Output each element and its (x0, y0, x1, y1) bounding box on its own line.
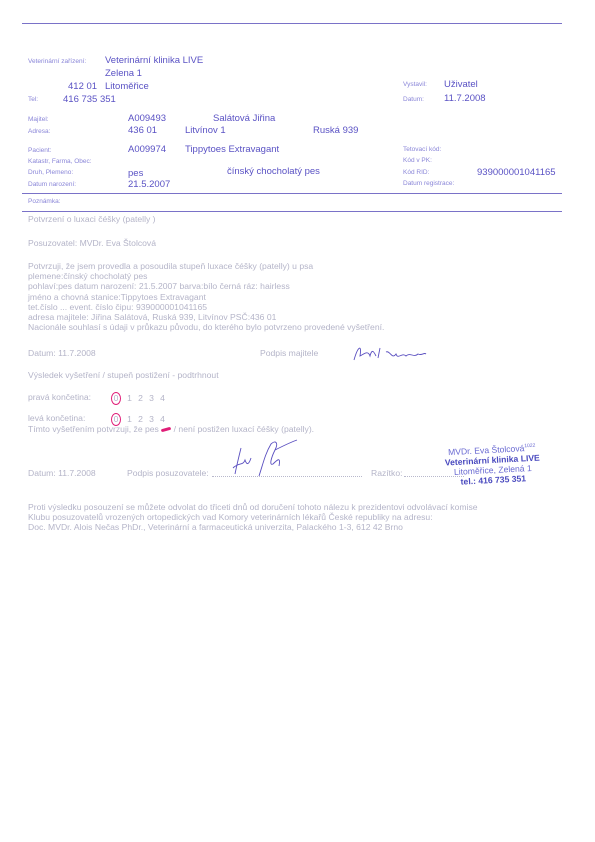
confirm-statement: Tímto vyšetřením potvrzuji, že pes / nen… (28, 424, 314, 434)
statement-line: tet.číslo ... event. číslo čipu: 9390000… (28, 302, 384, 312)
statement-line: adresa majitele: Jiřina Salátová, Ruská … (28, 312, 384, 322)
patient-name: Tippytoes Extravagant (185, 144, 279, 155)
assessor-sign-label: Podpis posuzovatele: (127, 468, 209, 478)
cadastre-label: Katastr, Farma, Obec: (28, 158, 92, 165)
left-leg-grade-2[interactable]: 2 (135, 414, 146, 424)
pink-strike-mark (161, 427, 171, 432)
issued-by-value: Uživatel (444, 79, 478, 90)
facility-city: Litoměřice (105, 81, 149, 92)
statement-line: Potvrzuji, že jsem provedla a posoudila … (28, 261, 384, 271)
breed-value: čínský chocholatý pes (227, 166, 320, 177)
address-street: Ruská 939 (313, 125, 358, 136)
facility-name: Veterinární klinika LIVE (105, 55, 203, 66)
facility-label: Veterinární zařízení: (28, 58, 86, 65)
address-city: Litvínov 1 (185, 125, 226, 136)
stamp-label: Razítko: (371, 468, 403, 478)
tel-value: 416 735 351 (63, 94, 116, 105)
confirm-text-after: / není postižen luxací čéšky (patelly). (174, 424, 314, 434)
right-leg-grade-2[interactable]: 2 (135, 393, 146, 403)
result-heading: Výsledek vyšetření / stupeň postižení - … (28, 370, 219, 380)
tattoo-label: Tetovací kód: (403, 146, 441, 153)
owner-sign-label: Podpis majitele (260, 348, 318, 358)
owner-label: Majitel: (28, 116, 49, 123)
right-leg-grade-3[interactable]: 3 (146, 393, 157, 403)
statement-line: pohlaví:pes datum narození: 21.5.2007 ba… (28, 281, 384, 291)
statement-line: plemene:čínský chocholatý pes (28, 271, 384, 281)
note-rule (22, 211, 562, 212)
clinic-stamp: MVDr. Eva Štolcová1022 Veterinární klini… (429, 440, 556, 488)
right-leg-grade-1[interactable]: 1 (124, 393, 135, 403)
appeal-line: Doc. MVDr. Alois Nečas PhDr., Veterinárn… (28, 522, 478, 532)
date-1: Datum: 11.7.2008 (28, 348, 96, 358)
date-2: Datum: 11.7.2008 (28, 468, 96, 478)
header-rule (22, 23, 562, 24)
left-leg-grade-1[interactable]: 1 (124, 414, 135, 424)
address-zip: 436 01 (128, 125, 157, 136)
statement: Potvrzuji, že jsem provedla a posoudila … (28, 261, 384, 332)
statement-line: jméno a chovná stanice:Tippytoes Extrava… (28, 292, 384, 302)
assessor-signature (225, 436, 300, 481)
issued-by-label: Vystavil: (403, 81, 427, 88)
birth-value: 21.5.2007 (128, 179, 170, 190)
date-value: 11.7.2008 (444, 93, 486, 104)
right-leg-grades: 01234 (111, 392, 168, 405)
tel-label: Tel: (28, 96, 38, 103)
right-leg-label: pravá končetina: (28, 392, 91, 402)
patient-id: A009974 (128, 144, 166, 155)
right-leg-grade-4[interactable]: 4 (157, 393, 168, 403)
note-label: Poznámka: (28, 198, 61, 205)
patient-rule (22, 193, 562, 194)
species-label: Druh, Plemeno: (28, 169, 73, 176)
rid-value: 939000001041165 (477, 167, 556, 178)
address-label: Adresa: (28, 128, 50, 135)
species-value: pes (128, 168, 143, 179)
assessor: Posuzovatel: MVDr. Eva Štolcová (28, 238, 156, 248)
patient-label: Pacient: (28, 147, 52, 154)
left-leg-label: levá končetina: (28, 413, 85, 423)
owner-signature (350, 340, 430, 368)
owner-id: A009493 (128, 113, 166, 124)
date-label: Datum: (403, 96, 424, 103)
facility-street: Zelena 1 (105, 68, 142, 79)
report-title: Potvrzení o luxaci čéšky (patelly ) (28, 214, 156, 224)
appeal-line: Klubu posuzovatelů vrozených ortopedický… (28, 512, 478, 522)
statement-line: Nacionále souhlasí s údaji v průkazu pův… (28, 322, 384, 332)
assessor-sign-line (212, 476, 362, 477)
right-leg-grade-0[interactable]: 0 (111, 392, 121, 405)
owner-name: Salátová Jiřina (213, 113, 275, 124)
stamp-line-4: tel.: 416 735 351 (460, 473, 526, 486)
reg-date-label: Datum registrace: (403, 180, 454, 187)
left-leg-grade-3[interactable]: 3 (146, 414, 157, 424)
confirm-text-before: Tímto vyšetřením potvrzuji, že pes (28, 424, 159, 434)
facility-zip: 412 01 (68, 81, 97, 92)
rid-label: Kód RID: (403, 169, 429, 176)
pk-label: Kód v PK: (403, 157, 432, 164)
stamp-sup: 1022 (524, 443, 535, 450)
left-leg-grade-4[interactable]: 4 (157, 414, 168, 424)
birth-label: Datum narození: (28, 181, 76, 188)
appeal-notice: Proti výsledku posouzení se můžete odvol… (28, 502, 478, 533)
appeal-line: Proti výsledku posouzení se můžete odvol… (28, 502, 478, 512)
